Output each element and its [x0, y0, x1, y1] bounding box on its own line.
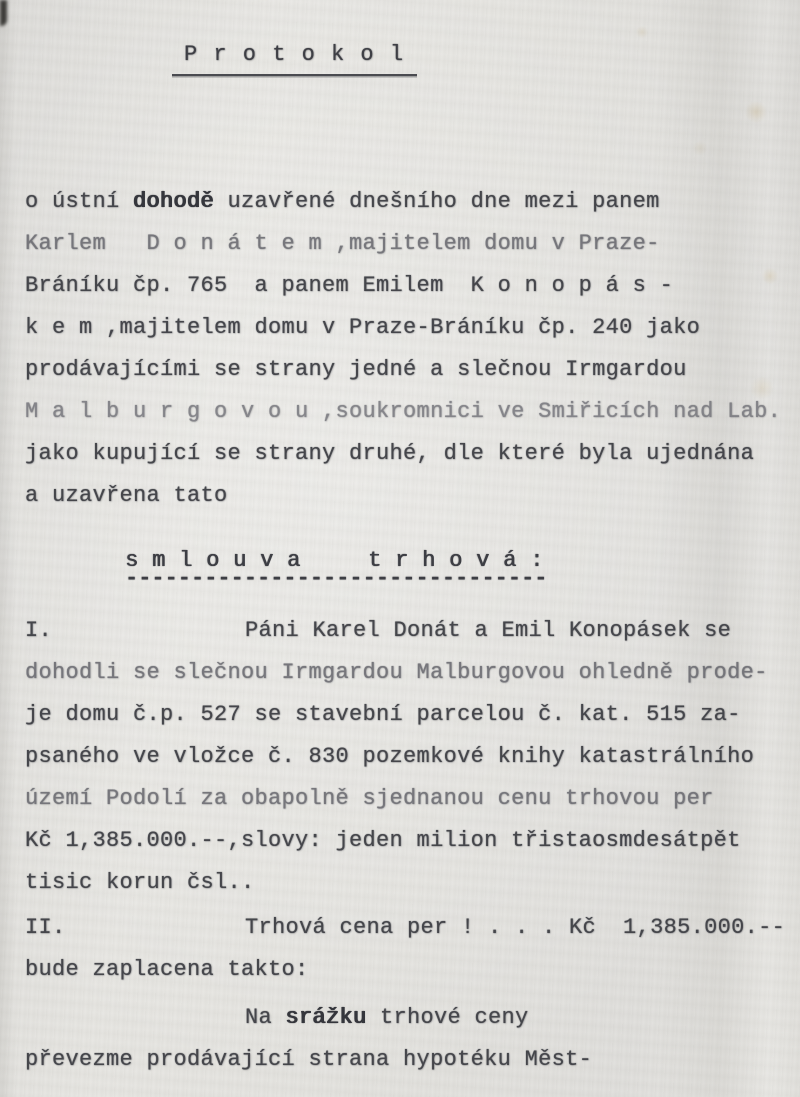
section-2-line-2: bude zaplacena takto:	[25, 949, 800, 991]
section-2: II.Trhová cena per ! . . . Kč 1,385.000.…	[25, 907, 800, 991]
intro-line-1-post: uzavřené dnešního dne mezi panem	[214, 189, 660, 214]
document-title: P r o t o k o l	[172, 0, 417, 76]
closing-line-1: Na srážku trhové ceny	[25, 997, 800, 1039]
section-2-marker: II.	[25, 907, 245, 949]
section-2-first-line: II.Trhová cena per ! . . . Kč 1,385.000.…	[25, 907, 800, 949]
section-1-first-line: I.Páni Karel Donát a Emil Konopásek se	[25, 610, 800, 652]
intro-line-1-overstruck-word: dohodě	[133, 189, 214, 214]
closing-paragraph: Na srážku trhové ceny převezme prodávají…	[25, 997, 800, 1081]
section-1: I.Páni Karel Donát a Emil Konopásek se d…	[25, 610, 800, 904]
intro-line-2: Karlem D o n á t e m ,majitelem domu v P…	[25, 223, 800, 265]
intro-line-3: Bráníku čp. 765 a panem Emilem K o n o p…	[25, 265, 800, 307]
section-1-line-4: psaného ve vložce č. 830 pozemkové knihy…	[25, 736, 800, 778]
section-1-line-5: území Podolí za obapolně sjednanou cenu …	[25, 778, 800, 820]
section-1-line-2: dohodli se slečnou Irmgardou Malburgovou…	[25, 652, 800, 694]
section-1-line-7: tisic korun čsl..	[25, 862, 800, 904]
intro-line-5: prodávajícími se strany jedné a slečnou …	[25, 349, 800, 391]
intro-line-8: a uzavřena tato	[25, 475, 800, 517]
closing-line-1-pre: Na	[245, 1005, 286, 1030]
section-1-line-1: Páni Karel Donát a Emil Konopásek se	[245, 610, 731, 652]
intro-line-4: k e m ,majitelem domu v Praze-Bráníku čp…	[25, 307, 800, 349]
intro-paragraph: o ústní dohodě uzavřené dnešního dne mez…	[25, 181, 800, 517]
intro-line-1-pre: o ústní	[25, 189, 133, 214]
title-text: P r o t o k o l	[172, 40, 417, 76]
document-page: P r o t o k o l o ústní dohodě uzavřené …	[0, 0, 800, 1097]
section-2-line-1: Trhová cena per ! . . . Kč 1,385.000.--	[245, 907, 785, 949]
intro-line-7: jako kupující se strany druhé, dle které…	[25, 433, 800, 475]
intro-line-6: M a l b u r g o v o u ,soukromnici ve Sm…	[25, 391, 800, 433]
contract-heading: s m l o u v a t r h o v á : ------------…	[125, 540, 547, 590]
section-1-marker: I.	[25, 610, 245, 652]
closing-line-1-overstruck-word: srážku	[286, 1005, 367, 1030]
contract-heading-underline: --------------------------------	[125, 574, 547, 590]
intro-line-1: o ústní dohodě uzavřené dnešního dne mez…	[25, 181, 800, 223]
closing-line-2: převezme prodávající strana hypotéku Měs…	[25, 1039, 800, 1081]
scan-edge-artifact	[0, 0, 7, 26]
section-1-line-6: Kč 1,385.000.--,slovy: jeden milion třis…	[25, 820, 800, 862]
closing-line-1-post: trhové ceny	[367, 1005, 529, 1030]
section-1-line-3: je domu č.p. 527 se stavební parcelou č.…	[25, 694, 800, 736]
